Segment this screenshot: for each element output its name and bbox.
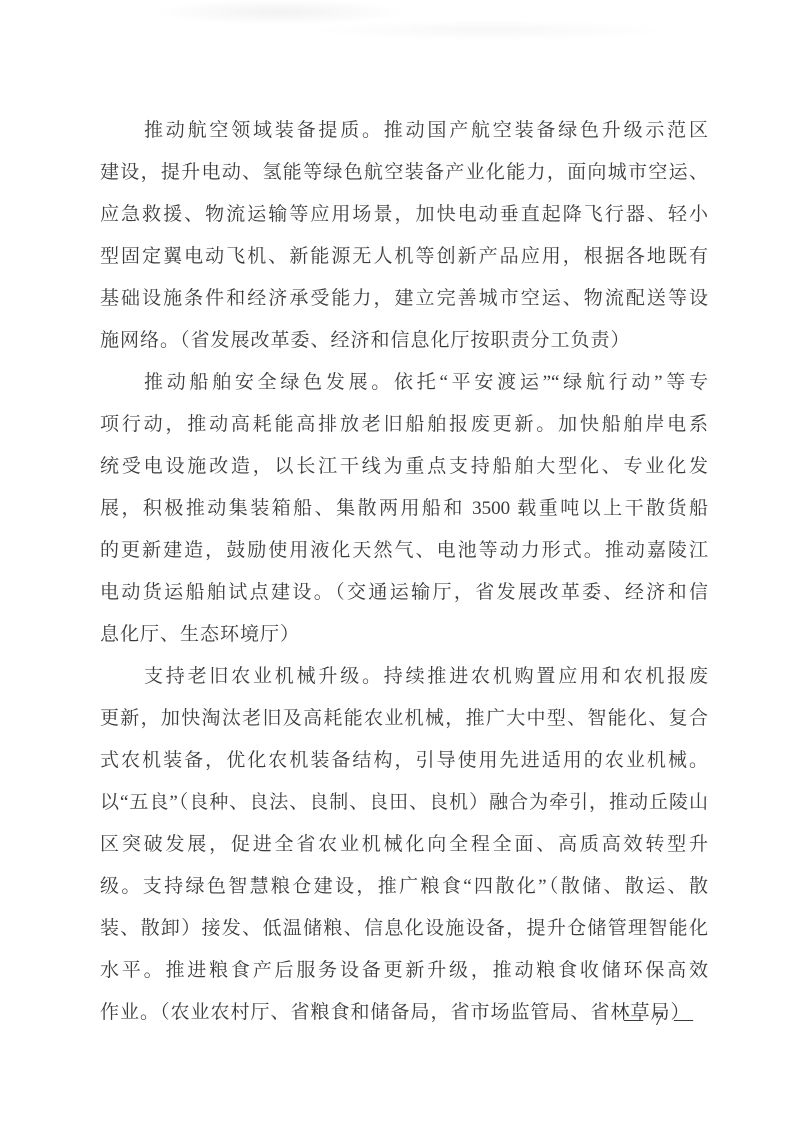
- paragraph: 推动航空领域装备提质。推动国产航空装备绿色升级示范区建设，提升电动、氢能等绿色航…: [100, 110, 708, 362]
- text-line: 推动船舶安全绿色发展。依托“平安渡运”“绿航行动”等专: [100, 362, 708, 404]
- text-line: 推动航空领域装备提质。推动国产航空装备绿色升级示范区: [100, 110, 708, 152]
- text-line: 型固定翼电动飞机、新能源无人机等创新产品应用，根据各地既有: [100, 236, 708, 278]
- text-line: 装、散卸）接发、低温储粮、信息化设施设备，提升仓储管理智能化: [100, 908, 708, 950]
- text-line: 区突破发展，促进全省农业机械化向全程全面、高质高效转型升: [100, 824, 708, 866]
- text-line: 支持老旧农业机械升级。持续推进农机购置应用和农机报废: [100, 656, 708, 698]
- text-line: 施网络。（省发展改革委、经济和信息化厅按职责分工负责）: [100, 320, 708, 362]
- text-line: 展，积极推动集装箱船、集散两用船和 3500 载重吨以上干散货船: [100, 488, 708, 530]
- text-line: 息化厅、生态环境厅）: [100, 614, 708, 656]
- paragraph: 支持老旧农业机械升级。持续推进农机购置应用和农机报废更新，加快淘汰老旧及高耗能农…: [100, 656, 708, 1034]
- text-line: 更新，加快淘汰老旧及高耗能农业机械，推广大中型、智能化、复合: [100, 698, 708, 740]
- text-line: 应急救援、物流运输等应用场景，加快电动垂直起降飞行器、轻小: [100, 194, 708, 236]
- text-line: 的更新建造，鼓励使用液化天然气、电池等动力形式。推动嘉陵江: [100, 530, 708, 572]
- paragraph: 推动船舶安全绿色发展。依托“平安渡运”“绿航行动”等专项行动，推动高耗能高排放老…: [100, 362, 708, 656]
- text-line: 统受电设施改造，以长江干线为重点支持船舶大型化、专业化发: [100, 446, 708, 488]
- text-line: 项行动，推动高耗能高排放老旧船舶报废更新。加快船舶岸电系: [100, 404, 708, 446]
- page-number: — 7 —: [610, 1006, 710, 1034]
- document-page: 推动航空领域装备提质。推动国产航空装备绿色升级示范区建设，提升电动、氢能等绿色航…: [0, 0, 800, 1131]
- document-body: 推动航空领域装备提质。推动国产航空装备绿色升级示范区建设，提升电动、氢能等绿色航…: [100, 110, 708, 1034]
- text-line: 级。支持绿色智慧粮仓建设，推广粮食“四散化”（散储、散运、散: [100, 866, 708, 908]
- text-line: 电动货运船舶试点建设。（交通运输厅，省发展改革委、经济和信: [100, 572, 708, 614]
- text-line: 以“五良”（良种、良法、良制、良田、良机）融合为牵引，推动丘陵山: [100, 782, 708, 824]
- text-line: 水平。推进粮食产后服务设备更新升级，推动粮食收储环保高效: [100, 950, 708, 992]
- text-line: 基础设施条件和经济承受能力，建立完善城市空运、物流配送等设: [100, 278, 708, 320]
- text-line: 建设，提升电动、氢能等绿色航空装备产业化能力，面向城市空运、: [100, 152, 708, 194]
- scan-artifact: [60, 0, 700, 60]
- text-line: 式农机装备，优化农机装备结构，引导使用先进适用的农业机械。: [100, 740, 708, 782]
